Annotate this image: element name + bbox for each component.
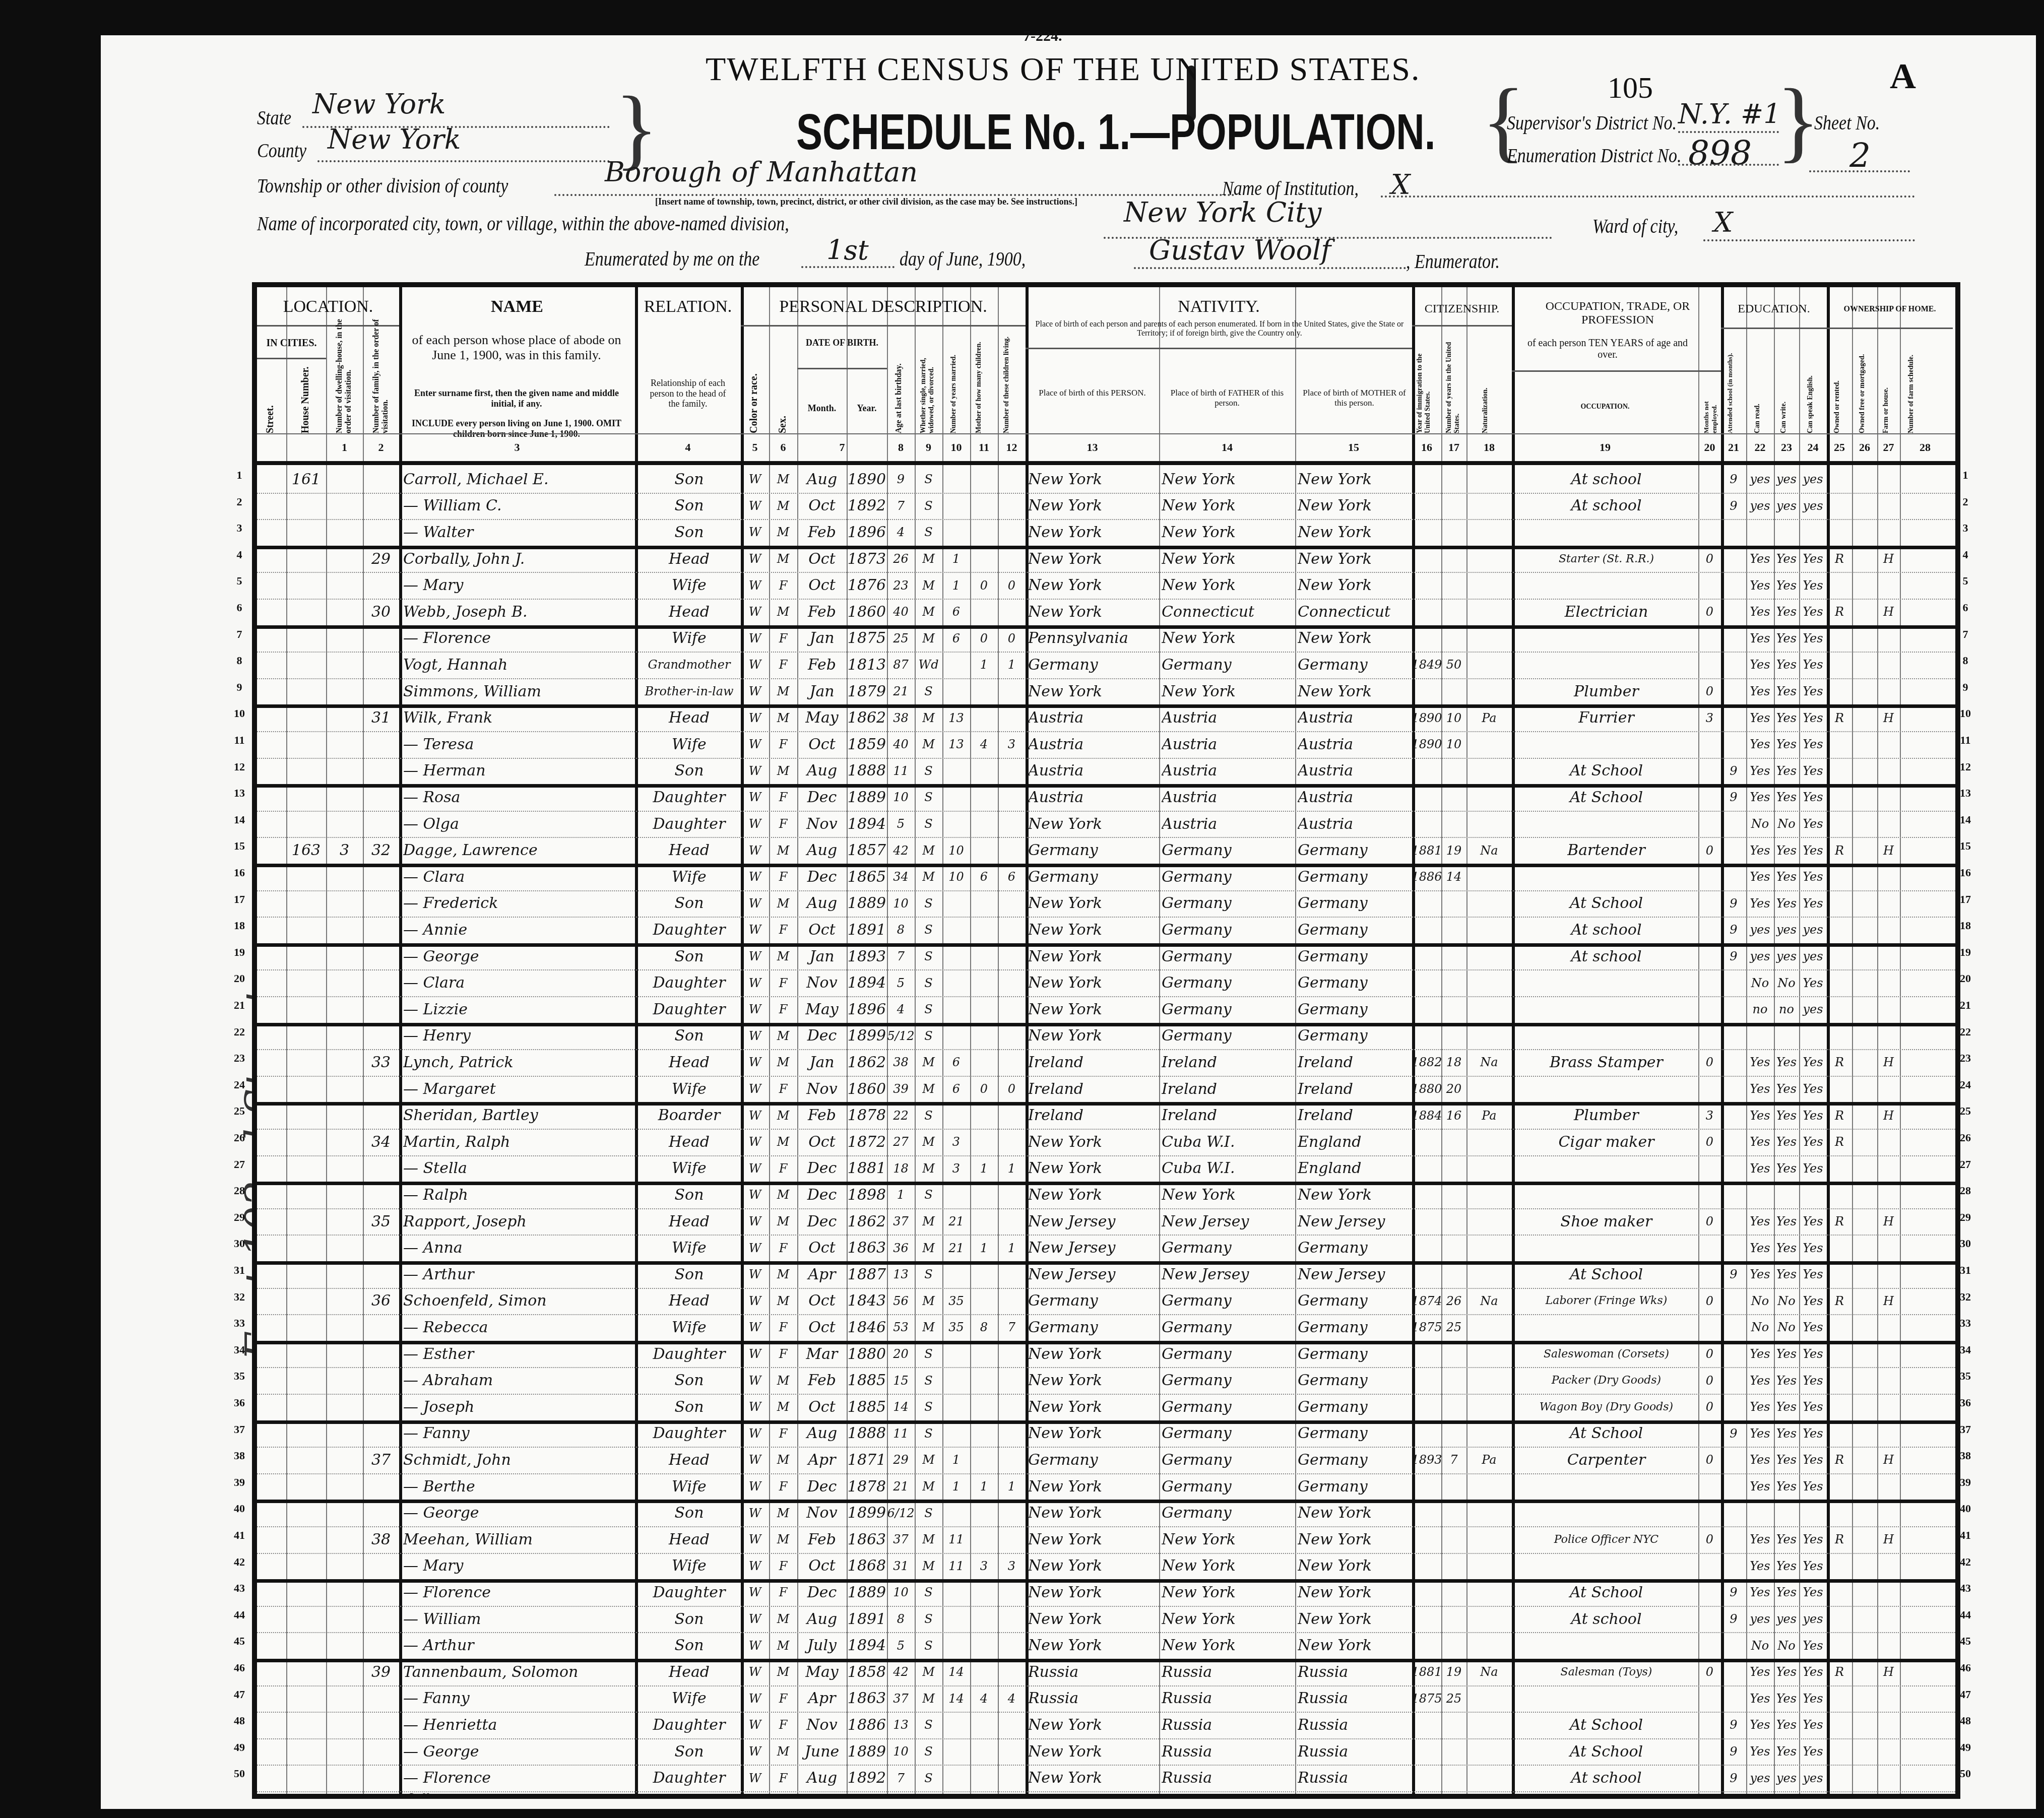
cell-mo — [970, 1208, 998, 1235]
cell-imm — [1412, 1632, 1441, 1659]
cell-unemp: 0 — [1698, 1394, 1721, 1420]
cell-read: yes — [1746, 1765, 1774, 1791]
cell-free — [1852, 1235, 1877, 1261]
cell-sex: F — [769, 1553, 797, 1580]
cell-yrs — [1441, 1500, 1466, 1526]
cell-sch: 9 — [1721, 1579, 1746, 1606]
cell-write: Yes — [1774, 572, 1799, 599]
cell-free — [1852, 519, 1877, 546]
cell-sex: M — [769, 1447, 797, 1473]
cell-month: Nov — [797, 969, 847, 996]
line-number-left: 18 — [229, 919, 249, 932]
column-number: 13 — [1026, 441, 1159, 454]
column-number: 2 — [363, 441, 399, 454]
line-number-right: 15 — [1955, 839, 1975, 853]
cell-mo — [970, 943, 998, 970]
cell-year: 1857 — [847, 837, 887, 864]
cell-relation: Head — [637, 1208, 741, 1235]
cell-name: — Florence — [403, 1765, 635, 1791]
column-number: 3 — [399, 441, 635, 454]
header-relation-desc: Relationship of each person to the head … — [645, 378, 731, 409]
cell-family — [363, 811, 399, 837]
cell-cl — [998, 1182, 1026, 1208]
cell-sex: F — [769, 1420, 797, 1447]
cell-relation: Boarder — [637, 1102, 741, 1129]
cell-year: 1862 — [847, 1049, 887, 1076]
cell-occ: At School — [1514, 1738, 1698, 1765]
cell-write: Yes — [1774, 678, 1799, 705]
cell-free — [1852, 652, 1877, 678]
cell-ym: 35 — [942, 1288, 970, 1315]
cell-name: — William C. — [403, 493, 635, 520]
cell-free — [1852, 1049, 1877, 1076]
cell-yrs — [1441, 519, 1466, 546]
cell-cl: 4 — [998, 1685, 1026, 1712]
cell-own — [1827, 784, 1852, 811]
cell-nat — [1466, 1261, 1512, 1288]
cell-pobf: New York — [1162, 1553, 1295, 1580]
form-number: 7-224. — [1023, 28, 1062, 45]
cell-farm — [1877, 1261, 1900, 1288]
city-label: Name of incorporated city, town, or vill… — [257, 212, 789, 235]
cell-speak: Yes — [1799, 678, 1827, 705]
line-number-right: 31 — [1955, 1264, 1975, 1277]
cell-mo — [970, 1579, 998, 1606]
cell-write: Yes — [1774, 1738, 1799, 1765]
cell-imm — [1412, 969, 1441, 996]
cell-nat: Pa — [1466, 704, 1512, 731]
cell-read — [1746, 519, 1774, 546]
cell-farm — [1877, 1129, 1900, 1155]
line-number-left: 46 — [229, 1661, 249, 1674]
cell-relation: Head — [637, 1526, 741, 1553]
cell-year: 1865 — [847, 864, 887, 890]
cell-family: 39 — [363, 1659, 399, 1685]
cell-write: no — [1774, 996, 1799, 1023]
cell-name: — Mary — [403, 572, 635, 599]
cell-pob: New York — [1028, 1182, 1159, 1208]
cell-ym: 1 — [942, 546, 970, 572]
cell-month: Dec — [797, 1023, 847, 1050]
cell-color: W — [741, 1102, 769, 1129]
cell-pob: New York — [1028, 1420, 1159, 1447]
table-row: — StellaWifeWFDec188118M311New YorkCuba … — [257, 1155, 1955, 1186]
column-number: 5 — [741, 441, 769, 454]
cell-pob: New York — [1028, 1500, 1159, 1526]
cell-pob: Ireland — [1028, 1076, 1159, 1102]
cell-write: Yes — [1774, 599, 1799, 625]
cell-family: 29 — [363, 546, 399, 572]
table-row: 31Wilk, FrankHeadWMMay186238M13AustriaAu… — [257, 704, 1955, 732]
cell-age: 27 — [887, 1129, 915, 1155]
cell-write — [1774, 1182, 1799, 1208]
cell-cl — [998, 1102, 1026, 1129]
cell-nat — [1466, 1579, 1512, 1606]
line-number-left: 1 — [229, 469, 249, 482]
cell-own: R — [1827, 1208, 1852, 1235]
cell-name: — Arthur — [403, 1261, 635, 1288]
cell-pobf: New York — [1162, 625, 1295, 652]
cell-sex: M — [769, 837, 797, 864]
cell-month: July — [797, 1632, 847, 1659]
cell-pobm: New York — [1298, 493, 1412, 520]
cell-farm: H — [1877, 837, 1900, 864]
cell-unemp — [1698, 652, 1721, 678]
cell-occ — [1514, 652, 1698, 678]
cell-dwelling — [326, 1685, 363, 1712]
cell-write: Yes — [1774, 1579, 1799, 1606]
cell-own — [1827, 1553, 1852, 1580]
cell-own — [1827, 1155, 1852, 1182]
cell-pobf: Ireland — [1162, 1049, 1295, 1076]
cell-pobm: New York — [1298, 466, 1412, 493]
cell-relation: Head — [637, 1049, 741, 1076]
cell-relation: Head — [637, 704, 741, 731]
cell-read: yes — [1746, 917, 1774, 943]
cell-relation: Son — [637, 466, 741, 493]
cell-ym: 6 — [942, 1076, 970, 1102]
cell-pob: Austria — [1028, 731, 1159, 758]
cell-cl — [998, 1394, 1026, 1420]
cell-speak: yes — [1799, 943, 1827, 970]
cell-house — [286, 1394, 326, 1420]
cell-cl — [998, 1261, 1026, 1288]
vh-family: Number of family, in the order of visita… — [372, 317, 390, 433]
cell-dwelling — [326, 917, 363, 943]
line-number-left: 42 — [229, 1555, 249, 1569]
county-value: New York — [328, 123, 461, 155]
cell-ym: 14 — [942, 1659, 970, 1685]
cell-family — [363, 1765, 399, 1791]
cell-farm — [1877, 1712, 1900, 1738]
cell-sex: M — [769, 678, 797, 705]
cell-speak: Yes — [1799, 572, 1827, 599]
cell-read: No — [1746, 1288, 1774, 1315]
cell-dwelling — [326, 1579, 363, 1606]
vh-dwelling: Number of dwelling-house, in the order o… — [335, 317, 353, 433]
cell-read: no — [1746, 996, 1774, 1023]
cell-ym — [942, 1182, 970, 1208]
cell-yrs: 7 — [1441, 1447, 1466, 1473]
cell-write: Yes — [1774, 784, 1799, 811]
cell-sex: M — [769, 890, 797, 917]
cell-write: yes — [1774, 943, 1799, 970]
cell-sch — [1721, 519, 1746, 546]
line-number-right: 36 — [1955, 1396, 1975, 1409]
line-number-left: 31 — [229, 1264, 249, 1277]
cell-house — [286, 811, 326, 837]
cell-pob: New York — [1028, 1367, 1159, 1394]
line-number-left: 48 — [229, 1714, 249, 1727]
cell-pobf: New York — [1162, 519, 1295, 546]
cell-sch — [1721, 1155, 1746, 1182]
cell-family — [363, 1235, 399, 1261]
line-number-left: 23 — [229, 1052, 249, 1065]
cell-occ: Police Officer NYC — [1514, 1526, 1698, 1553]
line-number-right: 40 — [1955, 1502, 1975, 1515]
vh-naturalization: Naturalization. — [1482, 348, 1490, 433]
cell-marital: S — [915, 466, 942, 493]
cell-write — [1774, 519, 1799, 546]
cell-unemp — [1698, 943, 1721, 970]
cell-speak: Yes — [1799, 758, 1827, 785]
cell-occ: Bartender — [1514, 837, 1698, 864]
header-year: Year. — [847, 403, 887, 414]
cell-read: No — [1746, 811, 1774, 837]
vh-owned-free: Owned free or mortgaged. — [1859, 333, 1867, 433]
cell-ym — [942, 1367, 970, 1394]
cell-own — [1827, 466, 1852, 493]
cell-house — [286, 758, 326, 785]
cell-own — [1827, 1473, 1852, 1500]
line-number-left: 4 — [229, 548, 249, 561]
cell-month: Oct — [797, 1553, 847, 1580]
cell-read: yes — [1746, 943, 1774, 970]
cell-speak: Yes — [1799, 1076, 1827, 1102]
cell-sch: 9 — [1721, 1606, 1746, 1633]
cell-family — [363, 784, 399, 811]
line-number-right: 35 — [1955, 1370, 1975, 1383]
cell-dwelling — [326, 1023, 363, 1050]
cell-mo — [970, 1182, 998, 1208]
cell-year: 1872 — [847, 1129, 887, 1155]
cell-month: Oct — [797, 731, 847, 758]
line-number-right: 27 — [1955, 1158, 1975, 1171]
line-number-right: 7 — [1955, 628, 1975, 641]
line-number-left: 7 — [229, 628, 249, 641]
cell-unemp: 0 — [1698, 546, 1721, 572]
cell-pob: New York — [1028, 519, 1159, 546]
cell-sex: F — [769, 572, 797, 599]
cell-read: Yes — [1746, 652, 1774, 678]
cell-house — [286, 599, 326, 625]
cell-pob: New York — [1028, 1023, 1159, 1050]
cell-read: Yes — [1746, 890, 1774, 917]
cell-family — [363, 1023, 399, 1050]
cell-mo — [970, 917, 998, 943]
cell-occ: Shoe maker — [1514, 1208, 1698, 1235]
cell-name: — Rosa — [403, 784, 635, 811]
cell-age: 18 — [887, 1155, 915, 1182]
cell-pobm: Germany — [1298, 996, 1412, 1023]
cell-yrs: 19 — [1441, 837, 1466, 864]
cell-occ: Packer (Dry Goods) — [1514, 1367, 1698, 1394]
cell-ym: 21 — [942, 1235, 970, 1261]
cell-relation: Wife — [637, 572, 741, 599]
cell-sch — [1721, 996, 1746, 1023]
cell-age: 21 — [887, 678, 915, 705]
cell-mo: 6 — [970, 864, 998, 890]
cell-color: W — [741, 1606, 769, 1633]
cell-pob: Germany — [1028, 1447, 1159, 1473]
cell-own: R — [1827, 837, 1852, 864]
cell-color: W — [741, 1447, 769, 1473]
table-row: — AnnaWifeWFOct186336M2111New JerseyGerm… — [257, 1235, 1955, 1265]
cell-marital: M — [915, 1155, 942, 1182]
cell-nat: Na — [1466, 837, 1512, 864]
cell-age: 56 — [887, 1288, 915, 1315]
cell-read: Yes — [1746, 731, 1774, 758]
cell-dwelling — [326, 1765, 363, 1791]
cell-sex: M — [769, 1261, 797, 1288]
cell-age: 15 — [887, 1367, 915, 1394]
cell-ym — [942, 784, 970, 811]
table-row: — MargaretWifeWFNov186039M600IrelandIrel… — [257, 1076, 1955, 1106]
cell-year: 1896 — [847, 996, 887, 1023]
cell-marital: S — [915, 758, 942, 785]
cell-imm — [1412, 1473, 1441, 1500]
line-number-left: 15 — [229, 839, 249, 853]
cell-sch: 9 — [1721, 943, 1746, 970]
cell-age: 10 — [887, 1738, 915, 1765]
header-citizenship: CITIZENSHIP. — [1412, 302, 1512, 316]
cell-month: Dec — [797, 1155, 847, 1182]
cell-farm: H — [1877, 1447, 1900, 1473]
cell-imm: 1849 — [1412, 652, 1441, 678]
cell-speak: Yes — [1799, 1155, 1827, 1182]
sheet-side: A — [1890, 55, 1916, 97]
cell-farm — [1877, 1155, 1900, 1182]
cell-month: May — [797, 704, 847, 731]
cell-age: 11 — [887, 758, 915, 785]
cell-relation: Wife — [637, 731, 741, 758]
cell-mo — [970, 1632, 998, 1659]
cell-marital: M — [915, 1235, 942, 1261]
cell-pobf: Germany — [1162, 969, 1295, 996]
cell-speak: Yes — [1799, 1473, 1827, 1500]
cell-nat — [1466, 1420, 1512, 1447]
cell-family: 38 — [363, 1526, 399, 1553]
line-number-left: 47 — [229, 1688, 249, 1701]
cell-marital: M — [915, 572, 942, 599]
cell-write: Yes — [1774, 758, 1799, 785]
cell-relation: Grandmother — [637, 652, 741, 678]
cell-write: Yes — [1774, 546, 1799, 572]
cell-relation: Brother-in-law — [637, 678, 741, 705]
cell-relation: Son — [637, 1738, 741, 1765]
line-number-right: 19 — [1955, 946, 1975, 959]
cell-unemp: 0 — [1698, 599, 1721, 625]
cell-color: W — [741, 758, 769, 785]
cell-sex: M — [769, 1129, 797, 1155]
cell-ym — [942, 1579, 970, 1606]
cell-cl — [998, 1341, 1026, 1368]
cell-nat — [1466, 1553, 1512, 1580]
cell-mo — [970, 1500, 998, 1526]
cell-month: Oct — [797, 1394, 847, 1420]
cell-color: W — [741, 572, 769, 599]
cell-unemp — [1698, 811, 1721, 837]
cell-farm — [1877, 758, 1900, 785]
cell-name: Sheridan, Bartley — [403, 1102, 635, 1129]
line-number-left: 3 — [229, 522, 249, 535]
cell-color: W — [741, 731, 769, 758]
cell-age: 13 — [887, 1261, 915, 1288]
cell-free — [1852, 890, 1877, 917]
cell-ym — [942, 1738, 970, 1765]
cell-sch — [1721, 1685, 1746, 1712]
cell-farm: H — [1877, 1288, 1900, 1315]
cell-house: 163 — [286, 837, 326, 864]
cell-name: — Olga — [403, 811, 635, 837]
line-number-left: 9 — [229, 681, 249, 694]
cell-ym — [942, 1765, 970, 1791]
table-row: — HenrySonWMDec18995/12SNew YorkGermanyG… — [257, 1023, 1955, 1051]
cell-year: 1891 — [847, 917, 887, 943]
cell-age: 31 — [887, 1553, 915, 1580]
cell-own — [1827, 1076, 1852, 1102]
cell-color: W — [741, 1659, 769, 1685]
cell-cl — [998, 1659, 1026, 1685]
cell-yrs — [1441, 969, 1466, 996]
cell-speak: yes — [1799, 996, 1827, 1023]
header-location: LOCATION. — [257, 297, 399, 316]
cell-sch: 9 — [1721, 890, 1746, 917]
cell-family — [363, 625, 399, 652]
cell-house — [286, 996, 326, 1023]
cell-month: Dec — [797, 1182, 847, 1208]
cell-write: Yes — [1774, 1685, 1799, 1712]
cell-color: W — [741, 1738, 769, 1765]
cell-name: — Abraham — [403, 1367, 635, 1394]
cell-write: No — [1774, 1632, 1799, 1659]
cell-year: 1888 — [847, 758, 887, 785]
cell-unemp: 0 — [1698, 1447, 1721, 1473]
cell-mo — [970, 1738, 998, 1765]
cell-relation: Wife — [637, 1314, 741, 1341]
cell-relation: Wife — [637, 1473, 741, 1500]
cell-imm — [1412, 943, 1441, 970]
cell-ym: 6 — [942, 625, 970, 652]
cell-relation: Head — [637, 1659, 741, 1685]
table-row: — FannyWifeWFApr186337M1444RussiaRussiaR… — [257, 1685, 1955, 1713]
cell-pob: Austria — [1028, 758, 1159, 785]
cell-house — [286, 943, 326, 970]
cell-speak: Yes — [1799, 1632, 1827, 1659]
cell-name: — Anna — [403, 1235, 635, 1261]
cell-imm — [1412, 466, 1441, 493]
cell-house — [286, 890, 326, 917]
cell-marital: M — [915, 1473, 942, 1500]
cell-own — [1827, 1182, 1852, 1208]
cell-read: yes — [1746, 493, 1774, 520]
cell-occ: At School — [1514, 1261, 1698, 1288]
cell-month: Nov — [797, 811, 847, 837]
cell-cl: 1 — [998, 1235, 1026, 1261]
vh-color: Color or race. — [748, 363, 760, 433]
cell-speak: Yes — [1799, 1394, 1827, 1420]
cell-year: 1875 — [847, 625, 887, 652]
ward-line — [1703, 239, 1915, 241]
cell-family — [363, 890, 399, 917]
cell-unemp — [1698, 493, 1721, 520]
cell-own — [1827, 1685, 1852, 1712]
cell-pob: Germany — [1028, 652, 1159, 678]
cell-farm — [1877, 625, 1900, 652]
cell-farm — [1877, 1765, 1900, 1791]
cell-pobf: Russia — [1162, 1712, 1295, 1738]
cell-cl: 3 — [998, 1553, 1026, 1580]
cell-pobf: Austria — [1162, 811, 1295, 837]
cell-pob: Ireland — [1028, 1049, 1159, 1076]
cell-free — [1852, 1765, 1877, 1791]
cell-family — [363, 917, 399, 943]
cell-marital: M — [915, 731, 942, 758]
cell-farm: H — [1877, 1659, 1900, 1685]
cell-farm — [1877, 917, 1900, 943]
cell-relation: Daughter — [637, 811, 741, 837]
cell-read: Yes — [1746, 1685, 1774, 1712]
